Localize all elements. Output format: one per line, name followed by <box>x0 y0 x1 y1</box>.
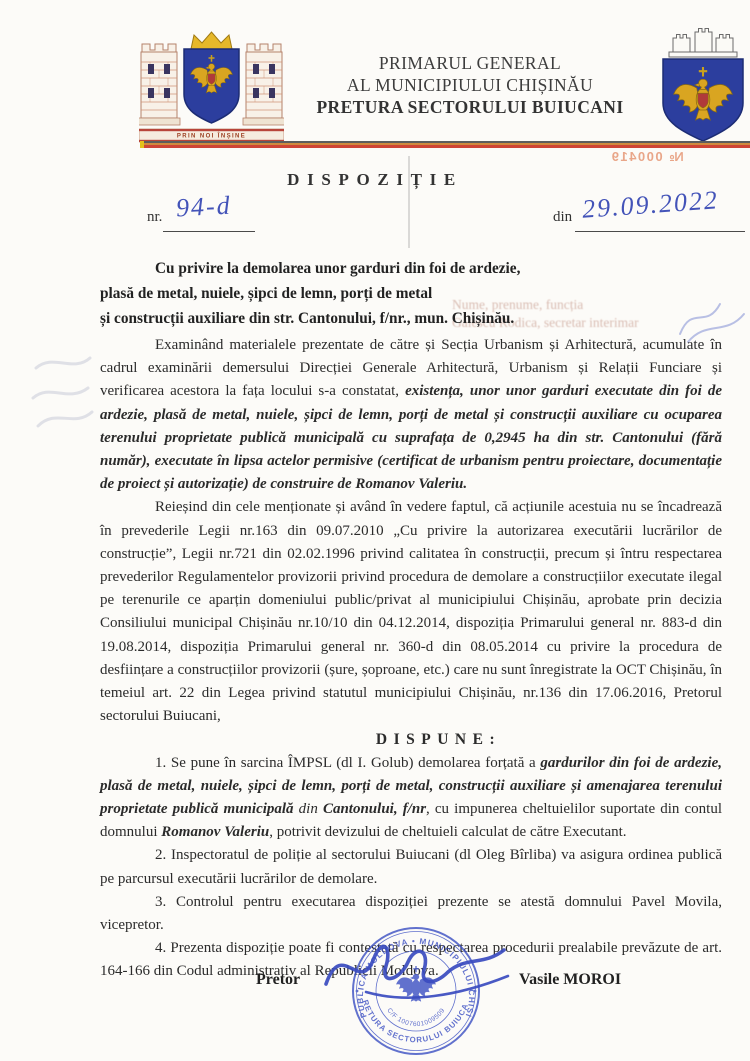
paragraph-preamble-2: Reieșind din cele menționate și având în… <box>100 496 722 728</box>
pretura-buiucani-emblem: PRIN NOI ÎNȘINE <box>139 30 284 148</box>
subject-line: plasă de metal, nuiele, șipci de lemn, p… <box>100 281 600 306</box>
document-title: DISPOZIȚIE <box>0 170 750 190</box>
signer-role: Pretor <box>256 971 300 989</box>
bleedthrough-serial-number: № 000419 <box>592 149 702 164</box>
subject-line: Cu privire la demolarea unor garduri din… <box>100 256 600 281</box>
number-underline <box>163 231 255 232</box>
org-line-1: PRIMARUL GENERAL <box>295 52 645 74</box>
motto-text: PRIN NOI ÎNȘINE <box>177 132 246 140</box>
date-underline <box>575 231 745 232</box>
header-separator-line <box>140 141 750 148</box>
subject-block: Cu privire la demolarea unor garduri din… <box>100 256 600 331</box>
right-tower <box>243 44 284 125</box>
text-run: din <box>299 801 323 817</box>
number-label: nr. <box>147 209 162 226</box>
order-item-1: 1. Se pune în sarcina ÎMPSL (dl I. Golub… <box>100 752 722 845</box>
text-run: existența, unor unor garduri executate d… <box>100 383 722 492</box>
date-handwritten-value: 29.09.2022 <box>581 185 720 224</box>
order-item-2: 2. Inspectoratul de poliție al sectorulu… <box>100 844 722 890</box>
text-run: Cantonului, f/nr <box>323 801 426 817</box>
left-tower <box>139 44 180 125</box>
org-line-2: AL MUNICIPIULUI CHIȘINĂU <box>295 74 645 96</box>
date-label: din <box>553 209 572 226</box>
number-handwritten-value: 94-d <box>175 191 232 224</box>
dispune-heading: DISPUNE: <box>100 728 722 751</box>
org-line-3: PRETURA SECTORULUI BUIUCANI <box>295 96 645 118</box>
pretor-signature <box>308 922 528 1014</box>
signer-name: Vasile MOROI <box>519 971 621 989</box>
text-run: , potrivit devizului de cheltuieli calcu… <box>269 824 626 840</box>
text-run: 1. Se pune în sarcina ÎMPSL (dl I. Golub… <box>155 755 540 771</box>
crown-icon <box>191 32 232 49</box>
subject-line: și construcții auxiliare din str. Canton… <box>100 306 600 331</box>
scanned-document-page: PRIN NOI ÎNȘINE PRIMARUL GENERAL AL MUNI… <box>0 0 750 1061</box>
letterhead: PRIMARUL GENERAL AL MUNICIPIULUI CHIȘINĂ… <box>295 52 645 118</box>
paragraph-preamble-1: Examinând materialele prezentate de cătr… <box>100 334 722 496</box>
chisinau-coat-of-arms <box>657 27 749 145</box>
bleedthrough-scribble <box>28 348 98 433</box>
document-body: Examinând materialele prezentate de cătr… <box>100 334 722 984</box>
mural-crown-icon <box>669 29 737 58</box>
text-run: Romanov Valeriu <box>161 824 269 840</box>
